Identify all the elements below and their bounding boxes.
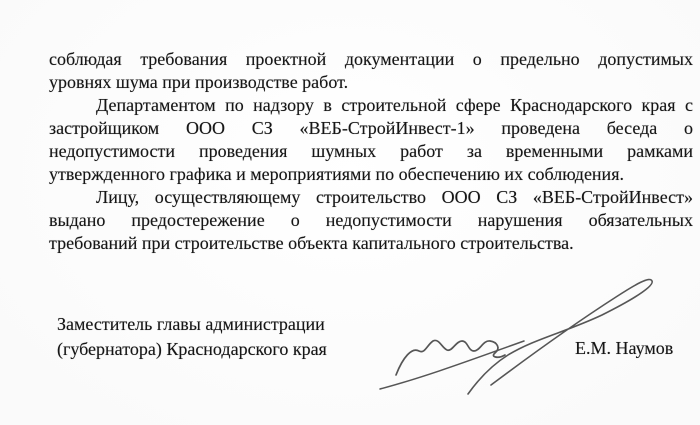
signer-name: Е.М. Наумов bbox=[575, 337, 673, 359]
body-line: соблюдая требования проектной документац… bbox=[49, 48, 693, 71]
signer-title-line1: Заместитель главы администрации bbox=[57, 312, 327, 337]
body-line: требований при строительстве объекта кап… bbox=[49, 232, 693, 255]
letter-body: соблюдая требования проектной документац… bbox=[49, 48, 693, 255]
signer-title-line2: (губернатора) Краснодарского края bbox=[57, 337, 327, 362]
body-line: Департаментом по надзору в строительной … bbox=[49, 94, 693, 117]
body-line: утвержденного графика и мероприятиями по… bbox=[49, 163, 693, 186]
body-line: недопустимости проведения шумных работ з… bbox=[49, 140, 693, 163]
body-line: уровнях шума при производстве работ. bbox=[49, 71, 693, 94]
body-line: Лицу, осуществляющему строительство ООО … bbox=[49, 186, 693, 209]
signer-title: Заместитель главы администрации (губерна… bbox=[57, 312, 327, 361]
body-line: выдано предостережение о недопустимости … bbox=[49, 209, 693, 232]
scanned-letter-page: соблюдая требования проектной документац… bbox=[0, 0, 700, 425]
body-line: застройщиком ООО СЗ «ВЕБ-СтройИнвест-1» … bbox=[49, 117, 693, 140]
